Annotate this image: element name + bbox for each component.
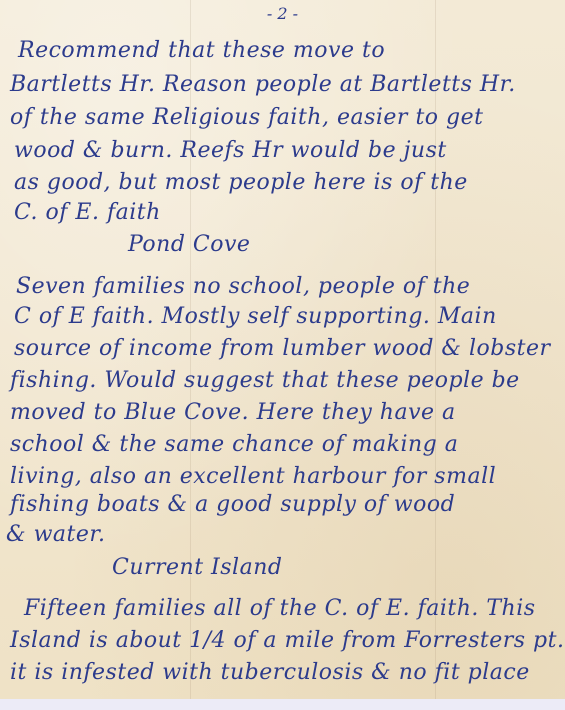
text-line: fishing boats & a good supply of wood <box>10 492 455 517</box>
text-line: living, also an excellent harbour for sm… <box>10 464 496 489</box>
page-number: - 2 - <box>0 4 565 23</box>
text-line: C. of E. faith <box>14 200 161 225</box>
text-line: & water. <box>6 522 105 547</box>
text-line: moved to Blue Cove. Here they have a <box>10 400 456 425</box>
text-line: Seven families no school, people of the <box>16 274 470 299</box>
text-line: Fifteen families all of the C. of E. fai… <box>24 596 536 621</box>
text-line: fishing. Would suggest that these people… <box>10 368 520 393</box>
text-line: source of income from lumber wood & lobs… <box>14 336 551 361</box>
text-line: wood & burn. Reefs Hr would be just <box>14 138 447 163</box>
text-line: Island is about 1/4 of a mile from Forre… <box>10 628 564 653</box>
text-line: Bartletts Hr. Reason people at Bartletts… <box>10 72 516 97</box>
section-heading-current-island: Current Island <box>112 555 282 580</box>
text-line: Recommend that these move to <box>18 38 385 63</box>
handwritten-letter-page: - 2 - Recommend that these move to Bartl… <box>0 0 565 699</box>
text-line: it is infested with tuberculosis & no fi… <box>10 660 530 685</box>
text-line: as good, but most people here is of the <box>14 170 468 195</box>
section-heading-pond-cove: Pond Cove <box>128 232 250 257</box>
text-line: C of E faith. Mostly self supporting. Ma… <box>14 304 497 329</box>
text-line: school & the same chance of making a <box>10 432 458 457</box>
text-line: of the same Religious faith, easier to g… <box>10 105 483 130</box>
